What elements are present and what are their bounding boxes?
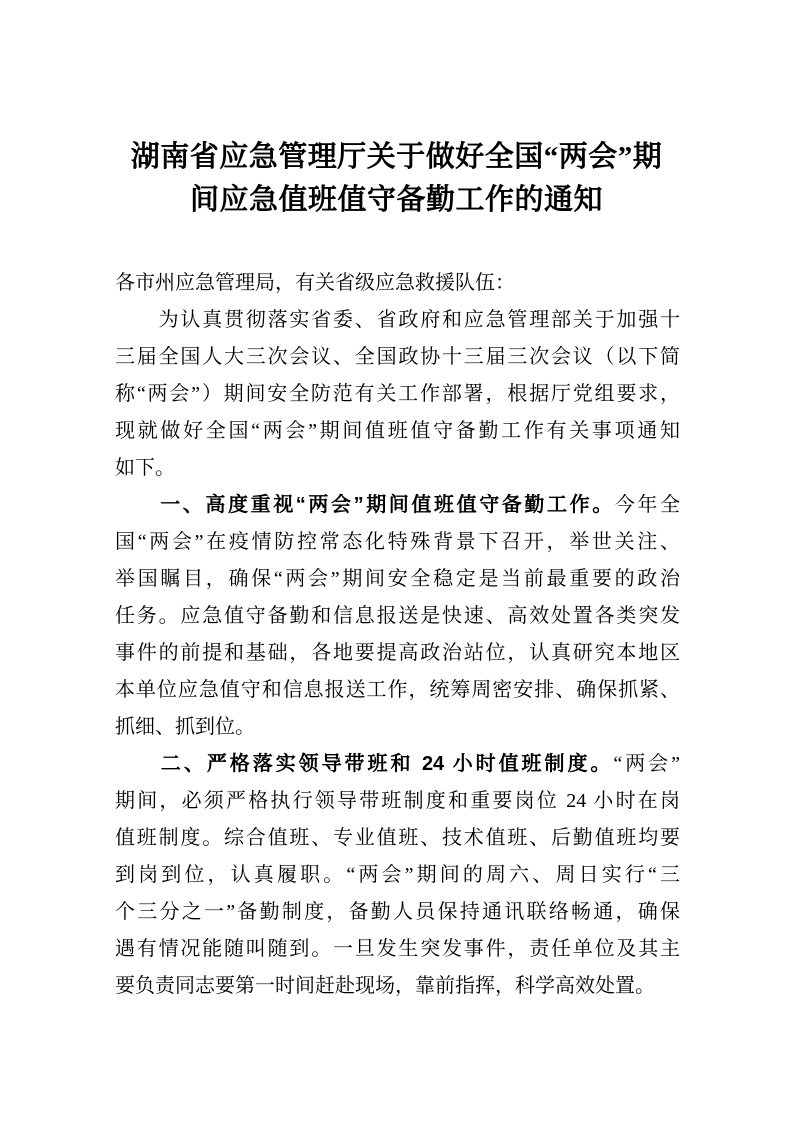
text-line: 期间，必须严格执行领导带班制度和重要岗位 24 小时在岗 — [115, 783, 680, 820]
text-segment: 到岗到位，认真履职。“两会”期间的周六、周日实行“三 — [115, 864, 680, 886]
text-line: 称“两会”）期间安全防范有关工作部署，根据厅党组要求， — [115, 376, 680, 413]
text-line: 抓细、抓到位。 — [115, 709, 680, 746]
text-segment: 现就做好全国“两会”期间值班值守备勤工作有关事项通知 — [115, 420, 680, 442]
text-segment: 本单位应急值守和信息报送工作，统筹周密安排、确保抓紧、 — [115, 679, 680, 701]
text-segment: 个三分之一”备勤制度，备勤人员保持通讯联络畅通，确保 — [115, 901, 680, 923]
text-line: 事件的前提和基础，各地要提高政治站位，认真研究本地区 — [115, 635, 680, 672]
document-body: 各市州应急管理局，有关省级应急救援队伍： 为认真贯彻落实省委、省政府和应急管理部… — [115, 265, 680, 1005]
text-segment: 抓细、抓到位。 — [115, 716, 255, 738]
text-line: 本单位应急值守和信息报送工作，统筹周密安排、确保抓紧、 — [115, 672, 680, 709]
text-segment-bold: 二、严格落实领导带班和 24 小时值班制度。 — [161, 753, 613, 775]
text-segment: 任务。应急值守备勤和信息报送是快速、高效处置各类突发 — [115, 605, 680, 627]
text-segment: 期间，必须严格执行领导带班制度和重要岗位 24 小时在岗 — [115, 790, 680, 812]
text-segment: 事件的前提和基础，各地要提高政治站位，认真研究本地区 — [115, 642, 680, 664]
text-segment: 今年全 — [615, 494, 680, 516]
text-segment: 遇有情况能随叫随到。一旦发生突发事件，责任单位及其主 — [115, 938, 680, 960]
text-segment — [115, 494, 160, 516]
text-segment: “两会” — [613, 753, 680, 775]
text-line: 要负责同志要第一时间赶赴现场，靠前指挥，科学高效处置。 — [115, 968, 680, 1005]
text-line: 个三分之一”备勤制度，备勤人员保持通讯联络畅通，确保 — [115, 894, 680, 931]
text-segment: 称“两会”）期间安全防范有关工作部署，根据厅党组要求， — [115, 383, 680, 405]
text-line: 三届全国人大三次会议、全国政协十三届三次会议（以下简 — [115, 339, 680, 376]
text-segment: 值班制度。综合值班、专业值班、技术值班、后勤值班均要 — [115, 827, 680, 849]
text-segment: 为认真贯彻落实省委、省政府和应急管理部关于加强十 — [115, 309, 680, 331]
text-segment: 如下。 — [115, 457, 175, 479]
text-segment: 举国瞩目，确保“两会”期间安全稳定是当前最重要的政治 — [115, 568, 680, 590]
text-line: 如下。 — [115, 450, 680, 487]
text-line: 值班制度。综合值班、专业值班、技术值班、后勤值班均要 — [115, 820, 680, 857]
text-segment: 各市州应急管理局，有关省级应急救援队伍： — [115, 272, 515, 294]
text-line: 任务。应急值守备勤和信息报送是快速、高效处置各类突发 — [115, 598, 680, 635]
text-segment — [115, 753, 161, 775]
title-line-1: 湖南省应急管理厅关于做好全国“两会”期 — [60, 136, 733, 179]
text-line: 举国瞩目，确保“两会”期间安全稳定是当前最重要的政治 — [115, 561, 680, 598]
document-page: 湖南省应急管理厅关于做好全国“两会”期 间应急值班值守备勤工作的通知 各市州应急… — [0, 0, 793, 1122]
text-line: 一、高度重视“两会”期间值班值守备勤工作。今年全 — [115, 487, 680, 524]
text-segment: 要负责同志要第一时间赶赴现场，靠前指挥，科学高效处置。 — [115, 975, 655, 997]
text-line: 国“两会”在疫情防控常态化特殊背景下召开，举世关注、 — [115, 524, 680, 561]
text-segment: 三届全国人大三次会议、全国政协十三届三次会议（以下简 — [115, 346, 680, 368]
text-segment: 国“两会”在疫情防控常态化特殊背景下召开，举世关注、 — [115, 531, 680, 553]
title-line-2: 间应急值班值守备勤工作的通知 — [60, 179, 733, 222]
text-line: 遇有情况能随叫随到。一旦发生突发事件，责任单位及其主 — [115, 931, 680, 968]
text-line: 二、严格落实领导带班和 24 小时值班制度。“两会” — [115, 746, 680, 783]
document-title: 湖南省应急管理厅关于做好全国“两会”期 间应急值班值守备勤工作的通知 — [60, 136, 733, 222]
text-line: 到岗到位，认真履职。“两会”期间的周六、周日实行“三 — [115, 857, 680, 894]
text-line: 现就做好全国“两会”期间值班值守备勤工作有关事项通知 — [115, 413, 680, 450]
text-line: 各市州应急管理局，有关省级应急救援队伍： — [115, 265, 680, 302]
text-line: 为认真贯彻落实省委、省政府和应急管理部关于加强十 — [115, 302, 680, 339]
text-segment-bold: 一、高度重视“两会”期间值班值守备勤工作。 — [160, 494, 615, 516]
